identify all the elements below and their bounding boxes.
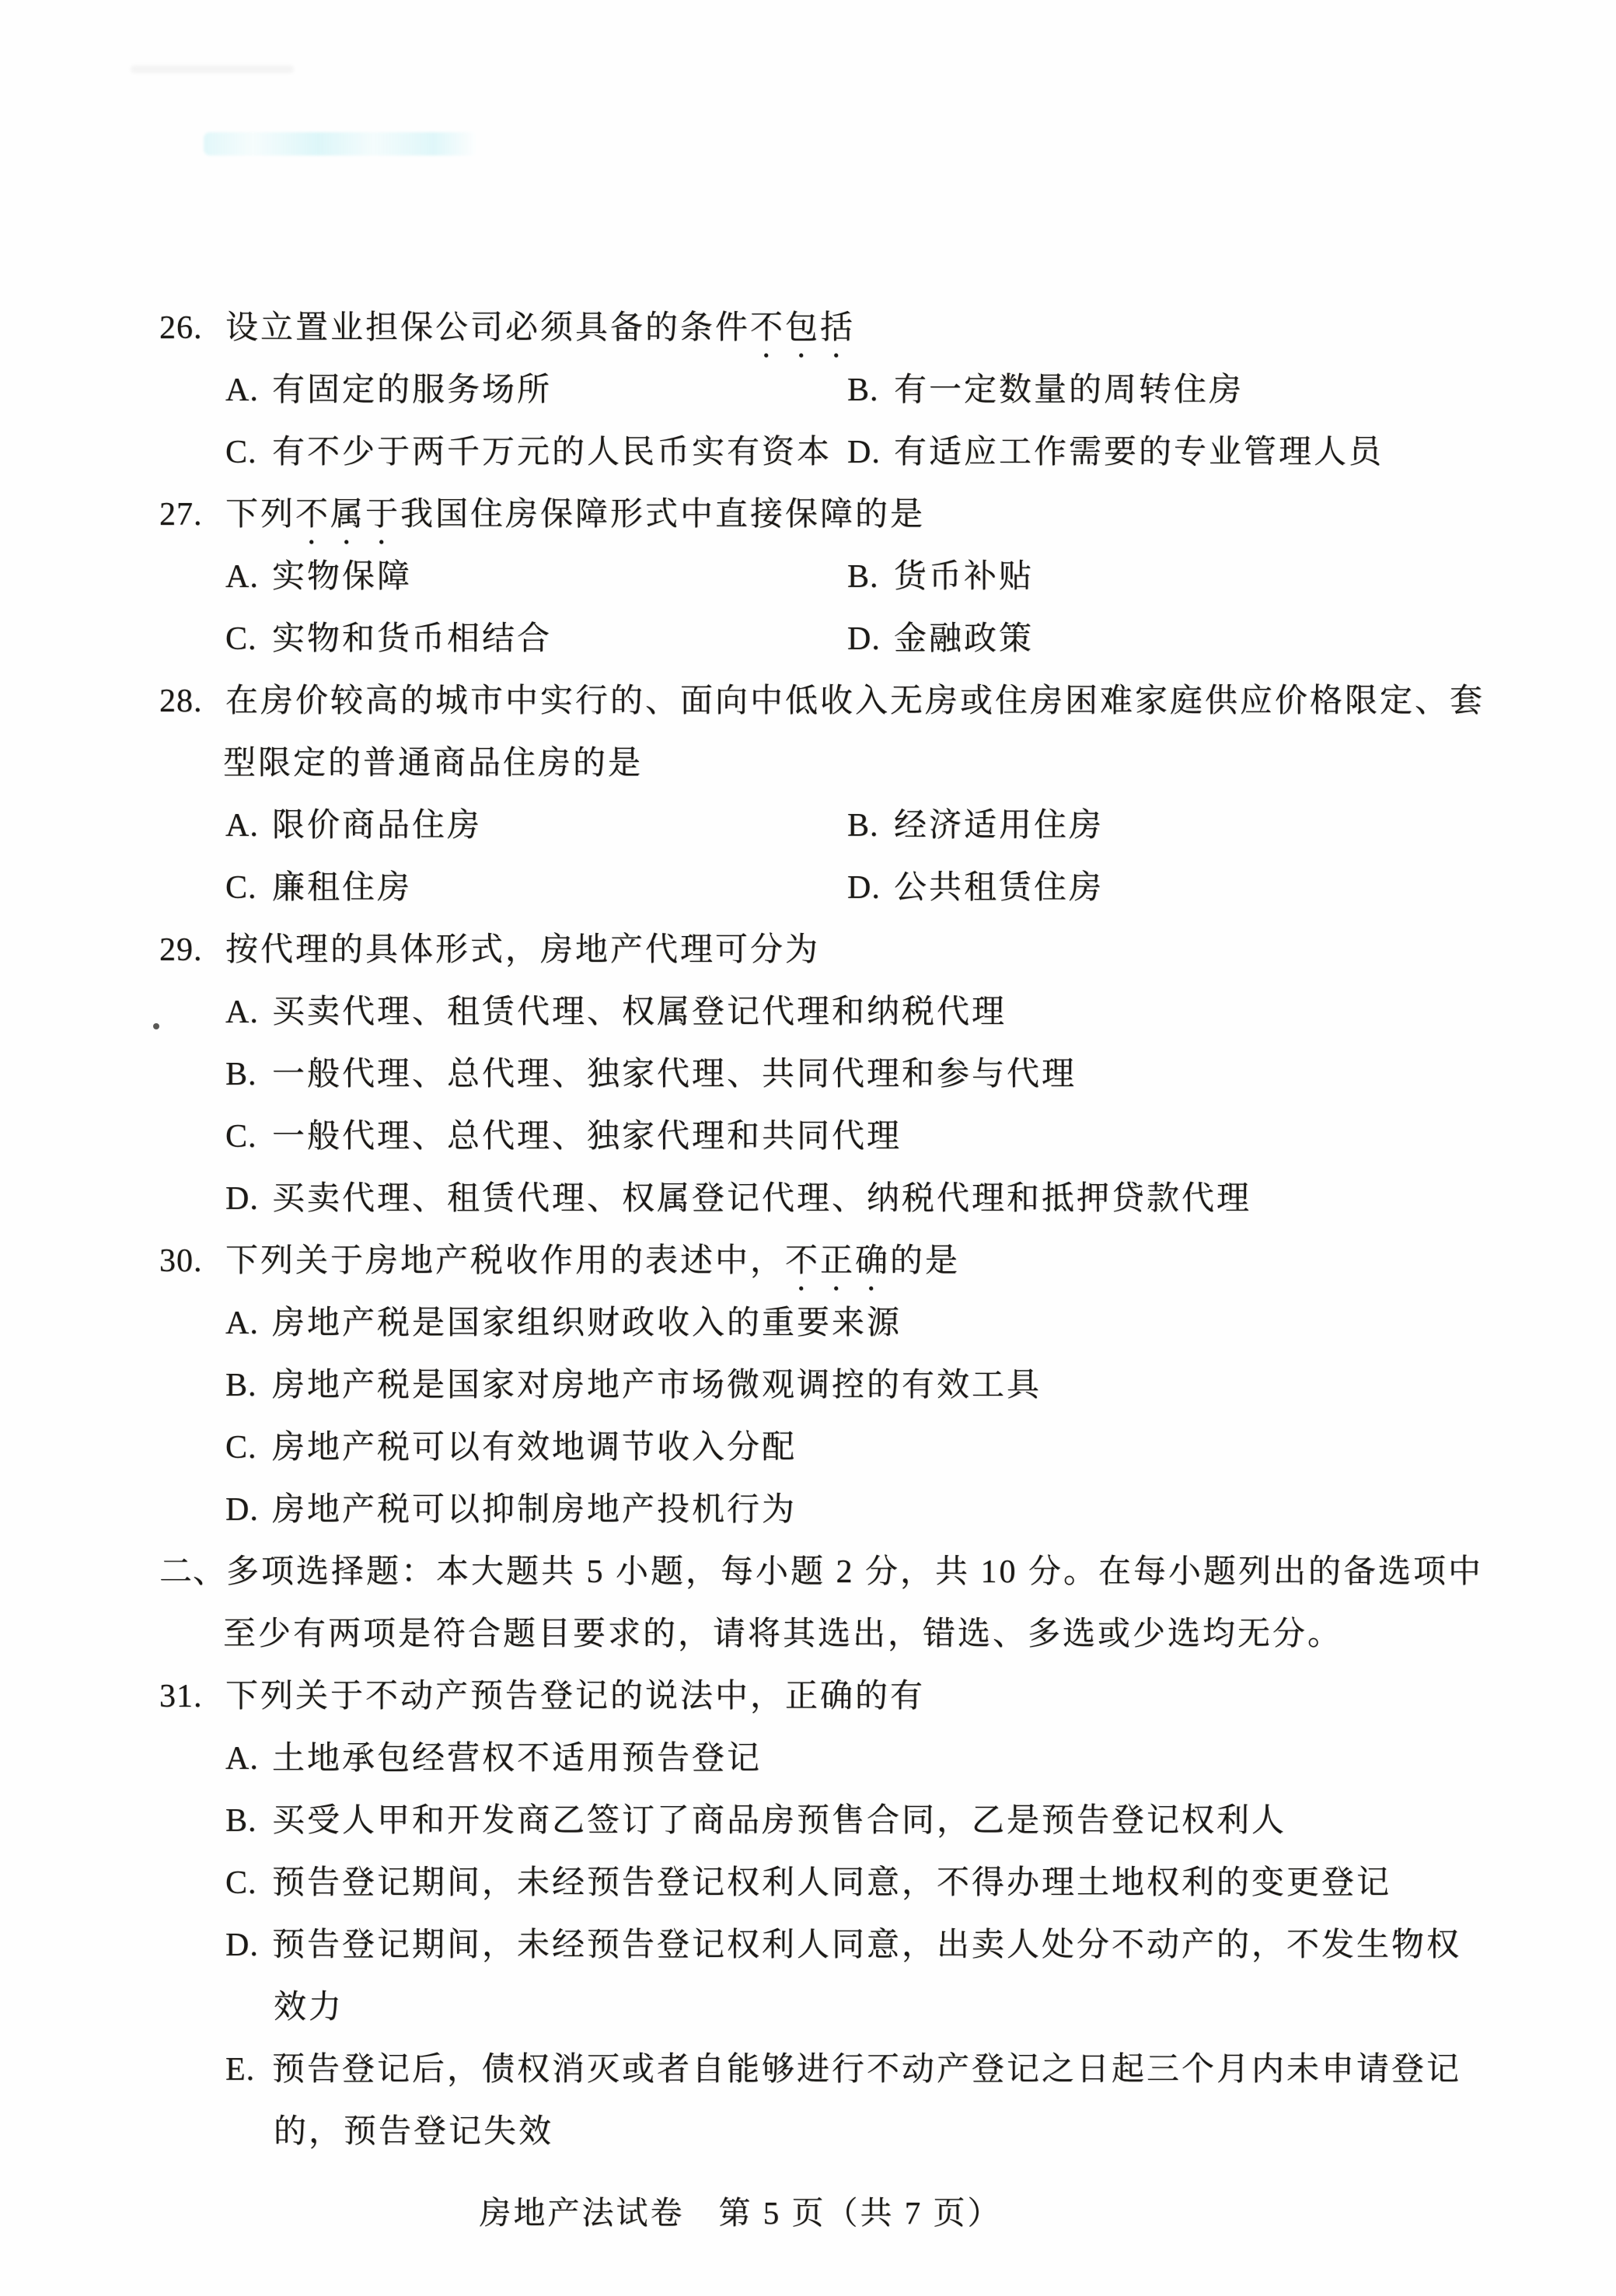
q31-option-c-text: 预告登记期间，未经预告登记权利人同意，不得办理土地权利的变更登记 [272,1865,1391,1901]
q31-option-b-label: B. [225,1790,272,1852]
question-27-options-row-2: C.实物和货币相结合 D.金融政策 [225,608,1485,670]
scan-artifact-cyan [204,132,477,156]
question-26-options-row-2: C.有不少于两千万元的人民币实有资本 D.有适应工作需要的专业管理人员 [225,421,1485,484]
q27-option-d: D.金融政策 [847,608,1034,670]
scan-artifact-gray [131,65,294,73]
q29-option-d-text: 买卖代理、租赁代理、权属登记代理、纳税代理和抵押贷款代理 [272,1181,1251,1217]
q30-option-c-text: 房地产税可以有效地调节收入分配 [272,1430,797,1466]
q30-option-d-text: 房地产税可以抑制房地产投机行为 [272,1492,797,1528]
q27-option-b-label: B. [847,546,894,608]
question-27-stem: 27.下列不属于我国住房保障形式中直接保障的是 [159,484,925,546]
q27-option-a-text: 实物保障 [272,559,412,595]
q28-option-b: B.经济适用住房 [847,795,1104,857]
q31-option-d-text-line2: 效力 [274,1990,344,2025]
q28-option-c-label: C. [225,857,272,919]
question-29-stem: 29.按代理的具体形式，房地产代理可分为 [159,919,820,981]
q31-option-e-label: E. [225,2039,272,2101]
q30-option-b-label: B. [225,1354,272,1417]
q29-option-d: D.买卖代理、租赁代理、权属登记代理、纳税代理和抵押贷款代理 [225,1168,1251,1230]
q28-option-a-text: 限价商品住房 [272,808,482,844]
question-28-number: 28. [159,670,225,732]
q29-option-a-text: 买卖代理、租赁代理、权属登记代理和纳税代理 [272,994,1007,1030]
q26-option-d-label: D. [847,421,894,484]
q28-option-d-label: D. [847,857,894,919]
question-28-text-line2: 型限定的普通商品住房的是 [223,746,643,781]
section-2-header-line2: 至少有两项是符合题目要求的，请将其选出，错选、多选或少选均无分。 [223,1603,1342,1665]
q26-option-a-label: A. [225,359,272,421]
question-28-stem-line1: 28.在房价较高的城市中实行的、面向中低收入无房或住房困难家庭供应价格限定、套 [159,670,1485,732]
question-27-text-post: 我国住房保障形式中直接保障的是 [400,497,925,533]
question-30-number: 30. [159,1230,225,1292]
q28-option-b-text: 经济适用住房 [894,808,1104,844]
question-26-number: 26. [159,297,225,359]
q31-option-b-text: 买受人甲和开发商乙签订了商品房预售合同，乙是预告登记权利人 [272,1803,1286,1839]
question-31-text: 下列关于不动产预告登记的说法中，正确的有 [225,1679,925,1714]
question-28-text-line1: 在房价较高的城市中实行的、面向中低收入无房或住房困难家庭供应价格限定、套 [225,683,1485,719]
q31-option-a-label: A. [225,1728,272,1790]
q29-option-c-text: 一般代理、总代理、独家代理和共同代理 [272,1119,902,1155]
q31-option-d-text-line1: 预告登记期间，未经预告登记权利人同意，出卖人处分不动产的，不发生物权 [272,1927,1461,1963]
q29-option-c-label: C. [225,1106,272,1168]
q27-option-a: A.实物保障 [225,559,412,595]
q30-option-b: B.房地产税是国家对房地产市场微观调控的有效工具 [225,1354,1042,1417]
question-29-text: 按代理的具体形式，房地产代理可分为 [225,932,820,968]
q30-option-a: A.房地产税是国家组织财政收入的重要来源 [225,1292,902,1354]
q28-option-d-text: 公共租赁住房 [894,870,1104,906]
q26-option-b-label: B. [847,359,894,421]
q31-option-d-line1: D.预告登记期间，未经预告登记权利人同意，出卖人处分不动产的，不发生物权 [225,1914,1461,1976]
q26-option-a-text: 有固定的服务场所 [272,372,552,408]
question-31-number: 31. [159,1665,225,1728]
question-26-emphasized-text: 不包括 [750,310,855,346]
q26-option-b-text: 有一定数量的周转住房 [894,372,1244,408]
question-26-options-row-1: A.有固定的服务场所 B.有一定数量的周转住房 [225,359,1485,421]
q27-option-a-label: A. [225,546,272,608]
q26-option-a: A.有固定的服务场所 [225,372,552,408]
q30-option-a-label: A. [225,1292,272,1354]
q28-option-a-label: A. [225,795,272,857]
q28-option-b-label: B. [847,795,894,857]
question-31-stem: 31.下列关于不动产预告登记的说法中，正确的有 [159,1665,925,1728]
q31-option-d-line2: 效力 [274,1976,344,2039]
question-27-text-pre: 下列 [225,497,295,533]
q30-option-d: D.房地产税可以抑制房地产投机行为 [225,1479,797,1541]
section-2-text-line2: 至少有两项是符合题目要求的，请将其选出，错选、多选或少选均无分。 [223,1616,1342,1652]
q28-option-c: C.廉租住房 [225,870,412,906]
question-26-text: 设立置业担保公司必须具备的条件 [225,310,750,346]
q31-option-d-label: D. [225,1914,272,1976]
q30-option-c: C.房地产税可以有效地调节收入分配 [225,1417,797,1479]
section-2-text-line1: 多项选择题：本大题共 5 小题，每小题 2 分，共 10 分。在每小题列出的备选… [226,1554,1483,1590]
section-2-header-line1: 二、多项选择题：本大题共 5 小题，每小题 2 分，共 10 分。在每小题列出的… [159,1541,1483,1603]
q27-option-c-label: C. [225,608,272,670]
footer-exam-title: 房地产法试卷 [480,2195,685,2231]
question-27-number: 27. [159,484,225,546]
question-30-text-pre: 下列关于房地产税收作用的表述中， [225,1243,785,1279]
section-2-number: 二、 [159,1541,226,1603]
q29-option-b: B.一般代理、总代理、独家代理、共同代理和参与代理 [225,1043,1077,1106]
q30-option-d-label: D. [225,1479,272,1541]
q31-option-c: C.预告登记期间，未经预告登记权利人同意，不得办理土地权利的变更登记 [225,1852,1391,1914]
q27-option-b-text: 货币补贴 [894,559,1034,595]
q31-option-e-line2: 的，预告登记失效 [274,2101,553,2163]
q29-option-c: C.一般代理、总代理、独家代理和共同代理 [225,1106,902,1168]
question-28-stem-line2: 型限定的普通商品住房的是 [223,732,643,795]
q27-option-b: B.货币补贴 [847,546,1034,608]
q26-option-b: B.有一定数量的周转住房 [847,359,1244,421]
page-footer: 房地产法试卷第 5 页（共 7 页） [0,2182,1548,2244]
question-27-emphasized-text: 不属于 [295,497,400,533]
q26-option-c: C.有不少于两千万元的人民币实有资本 [225,435,832,470]
q27-option-c: C.实物和货币相结合 [225,621,552,657]
q27-option-d-label: D. [847,608,894,670]
q29-option-d-label: D. [225,1168,272,1230]
footer-page-indicator: 第 5 页（共 7 页） [719,2195,1002,2231]
question-30-emphasized-text: 不正确 [785,1243,890,1279]
q29-option-a: A.买卖代理、租赁代理、权属登记代理和纳税代理 [225,981,1007,1043]
question-28-options-row-2: C.廉租住房 D.公共租赁住房 [225,857,1485,919]
q29-option-b-text: 一般代理、总代理、独家代理、共同代理和参与代理 [272,1057,1077,1092]
question-28-options-row-1: A.限价商品住房 B.经济适用住房 [225,795,1485,857]
question-30-text-post: 的是 [890,1243,960,1279]
question-27-options-row-1: A.实物保障 B.货币补贴 [225,546,1485,608]
q31-option-e-line1: E.预告登记后，债权消灭或者自能够进行不动产登记之日起三个月内未申请登记 [225,2039,1461,2101]
question-30-stem: 30.下列关于房地产税收作用的表述中，不正确的是 [159,1230,960,1292]
q31-option-e-text-line1: 预告登记后，债权消灭或者自能够进行不动产登记之日起三个月内未申请登记 [272,2052,1461,2088]
q30-option-b-text: 房地产税是国家对房地产市场微观调控的有效工具 [272,1368,1042,1403]
q29-option-b-label: B. [225,1043,272,1106]
q31-option-a: A.土地承包经营权不适用预告登记 [225,1728,762,1790]
question-26-stem: 26.设立置业担保公司必须具备的条件不包括 [159,297,855,359]
q30-option-a-text: 房地产税是国家组织财政收入的重要来源 [272,1305,902,1341]
q28-option-a: A.限价商品住房 [225,808,482,844]
q26-option-d-text: 有适应工作需要的专业管理人员 [894,435,1384,470]
q31-option-a-text: 土地承包经营权不适用预告登记 [272,1741,762,1777]
question-29-number: 29. [159,919,225,981]
q31-option-b: B.买受人甲和开发商乙签订了商品房预售合同，乙是预告登记权利人 [225,1790,1286,1852]
q26-option-d: D.有适应工作需要的专业管理人员 [847,421,1384,484]
q26-option-c-label: C. [225,421,272,484]
q26-option-c-text: 有不少于两千万元的人民币实有资本 [272,435,832,470]
q31-option-c-label: C. [225,1852,272,1914]
q30-option-c-label: C. [225,1417,272,1479]
q28-option-c-text: 廉租住房 [272,870,412,906]
scan-artifact-dot [153,1023,159,1029]
q31-option-e-text-line2: 的，预告登记失效 [274,2114,553,2150]
q27-option-d-text: 金融政策 [894,621,1034,657]
q27-option-c-text: 实物和货币相结合 [272,621,552,657]
exam-paper-page: 26.设立置业担保公司必须具备的条件不包括 A.有固定的服务场所 B.有一定数量… [0,0,1616,2296]
q29-option-a-label: A. [225,981,272,1043]
q28-option-d: D.公共租赁住房 [847,857,1104,919]
